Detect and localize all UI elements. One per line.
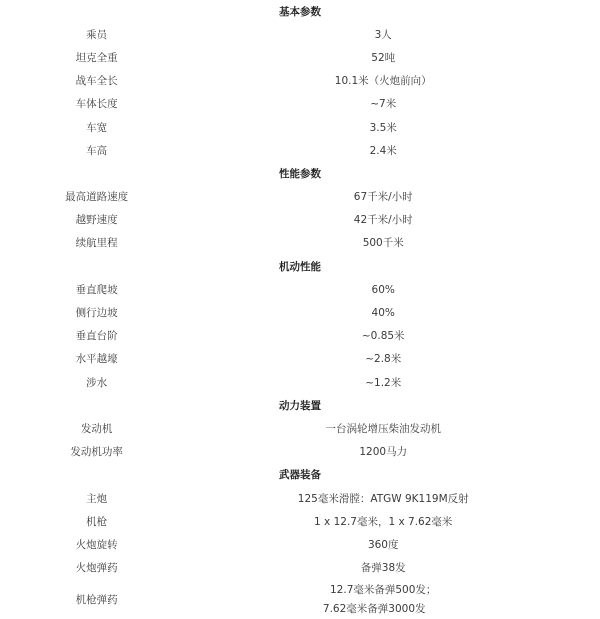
row-value: 40%: [193, 301, 600, 324]
row-value: ~7米: [193, 93, 600, 116]
table-row: 机枪弹药 12.7毫米备弹500发； 7.62毫米备弹3000发: [0, 580, 600, 619]
table-row: 坦克全重 52吨: [0, 46, 600, 69]
row-label: 水平越壕: [0, 348, 193, 371]
value-line: 7.62毫米备弹3000发: [165, 600, 583, 619]
table-row: 水平越壕 ~2.8米: [0, 348, 600, 371]
row-label: 坦克全重: [0, 46, 193, 69]
row-value: 125毫米滑膛：ATGW 9K119M反射: [193, 487, 600, 510]
table-row: 侧行边坡 40%: [0, 301, 600, 324]
value-line: 12.7毫米备弹500发；: [183, 581, 583, 600]
table-row: 越野速度 42千米/小时: [0, 209, 600, 232]
row-label: 越野速度: [0, 209, 193, 232]
table-row: 主炮 125毫米滑膛：ATGW 9K119M反射: [0, 487, 600, 510]
table-row: 发动机功率 1200马力: [0, 441, 600, 464]
row-value: 67千米/小时: [193, 186, 600, 209]
row-label: 战车全长: [0, 70, 193, 93]
row-label: 车高: [0, 139, 193, 162]
row-value: ~2.8米: [193, 348, 600, 371]
section-title: 武器装备: [0, 464, 600, 487]
section-header-powerplant: 动力装置: [0, 394, 600, 417]
section-header-mobility: 机动性能: [0, 255, 600, 278]
table-row: 发动机 一台涡轮增压柴油发动机: [0, 417, 600, 440]
row-label: 车宽: [0, 116, 193, 139]
spec-table: 基本参数 乘员 3人 坦克全重 52吨 战车全长 10.1米（火炮前向） 车体长…: [0, 0, 600, 619]
row-value: 12.7毫米备弹500发； 7.62毫米备弹3000发: [193, 580, 600, 619]
row-label: 发动机功率: [0, 441, 193, 464]
row-value: 1 x 12.7毫米，1 x 7.62毫米: [193, 510, 600, 533]
section-header-armament: 武器装备: [0, 464, 600, 487]
row-value: 60%: [193, 278, 600, 301]
row-value: 500千米: [193, 232, 600, 255]
row-value: 52吨: [193, 46, 600, 69]
row-label: 火炮旋转: [0, 533, 193, 556]
table-row: 火炮弹药 备弹38发: [0, 557, 600, 580]
row-value: ~1.2米: [193, 371, 600, 394]
row-label: 涉水: [0, 371, 193, 394]
row-value: 备弹38发: [193, 557, 600, 580]
row-value: 42千米/小时: [193, 209, 600, 232]
table-row: 垂直爬坡 60%: [0, 278, 600, 301]
row-value: 10.1米（火炮前向）: [193, 70, 600, 93]
row-value: 3人: [193, 23, 600, 46]
section-header-performance: 性能参数: [0, 162, 600, 185]
table-row: 火炮旋转 360度: [0, 533, 600, 556]
row-label: 机枪: [0, 510, 193, 533]
table-row: 车高 2.4米: [0, 139, 600, 162]
row-label: 垂直爬坡: [0, 278, 193, 301]
row-value: 1200马力: [193, 441, 600, 464]
table-row: 车宽 3.5米: [0, 116, 600, 139]
table-row: 机枪 1 x 12.7毫米，1 x 7.62毫米: [0, 510, 600, 533]
row-value: 3.5米: [193, 116, 600, 139]
table-row: 战车全长 10.1米（火炮前向）: [0, 70, 600, 93]
row-label: 主炮: [0, 487, 193, 510]
row-value: ~0.85米: [193, 325, 600, 348]
row-value: 一台涡轮增压柴油发动机: [193, 417, 600, 440]
section-title: 动力装置: [0, 394, 600, 417]
table-row: 垂直台阶 ~0.85米: [0, 325, 600, 348]
table-row: 车体长度 ~7米: [0, 93, 600, 116]
section-title: 性能参数: [0, 162, 600, 185]
row-label: 垂直台阶: [0, 325, 193, 348]
table-row: 最高道路速度 67千米/小时: [0, 186, 600, 209]
row-label: 火炮弹药: [0, 557, 193, 580]
row-label: 续航里程: [0, 232, 193, 255]
table-row: 涉水 ~1.2米: [0, 371, 600, 394]
section-header-basic: 基本参数: [0, 0, 600, 23]
table-row: 续航里程 500千米: [0, 232, 600, 255]
row-label: 车体长度: [0, 93, 193, 116]
row-label: 最高道路速度: [0, 186, 193, 209]
table-row: 乘员 3人: [0, 23, 600, 46]
row-label: 侧行边坡: [0, 301, 193, 324]
row-label: 发动机: [0, 417, 193, 440]
row-value: 360度: [193, 533, 600, 556]
row-value: 2.4米: [193, 139, 600, 162]
row-label: 乘员: [0, 23, 193, 46]
section-title: 基本参数: [0, 0, 600, 23]
section-title: 机动性能: [0, 255, 600, 278]
